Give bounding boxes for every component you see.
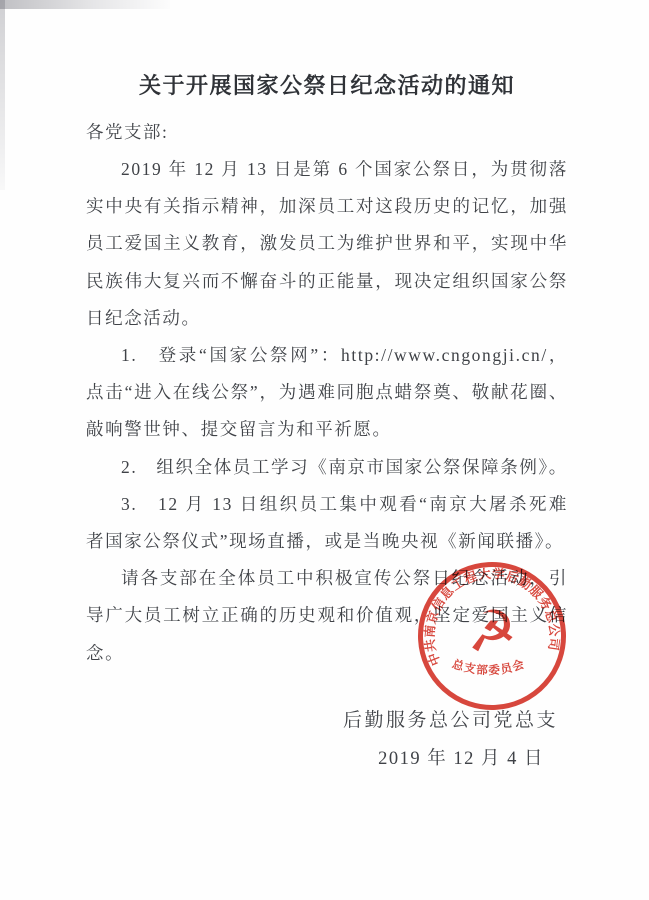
scan-artifact-top-edge — [0, 0, 170, 9]
notice-paragraph-closing: 请各支部在全体员工中积极宣传公祭日纪念活动，引导广大员工树立正确的历史观和价值观… — [86, 560, 568, 672]
notice-content: 关于开展国家公祭日纪念活动的通知 各党支部: 2019 年 12 月 13 日是… — [86, 70, 568, 778]
scan-artifact-left-edge — [0, 0, 5, 190]
signature-date: 2019 年 12 月 4 日 — [86, 740, 568, 778]
notice-paragraph-item-3: 3. 12 月 13 日组织员工集中观看“南京大屠杀死难者国家公祭仪式”现场直播… — [86, 486, 568, 560]
notice-paragraph-intro: 2019 年 12 月 13 日是第 6 个国家公祭日，为贯彻落实中央有关指示精… — [86, 151, 568, 337]
notice-title: 关于开展国家公祭日纪念活动的通知 — [86, 70, 568, 102]
notice-salutation: 各党支部: — [86, 114, 568, 151]
signature-org-name: 后勤服务总公司党总支 — [86, 702, 568, 740]
notice-paragraph-item-2: 2. 组织全体员工学习《南京市国家公祭保障条例》。 — [86, 449, 568, 486]
signature-block: 后勤服务总公司党总支 2019 年 12 月 4 日 — [86, 702, 568, 778]
scanned-notice-page: 关于开展国家公祭日纪念活动的通知 各党支部: 2019 年 12 月 13 日是… — [0, 0, 649, 900]
notice-paragraph-item-1: 1. 登录“国家公祭网”：http://www.cngongji.cn/，点击“… — [86, 337, 568, 449]
